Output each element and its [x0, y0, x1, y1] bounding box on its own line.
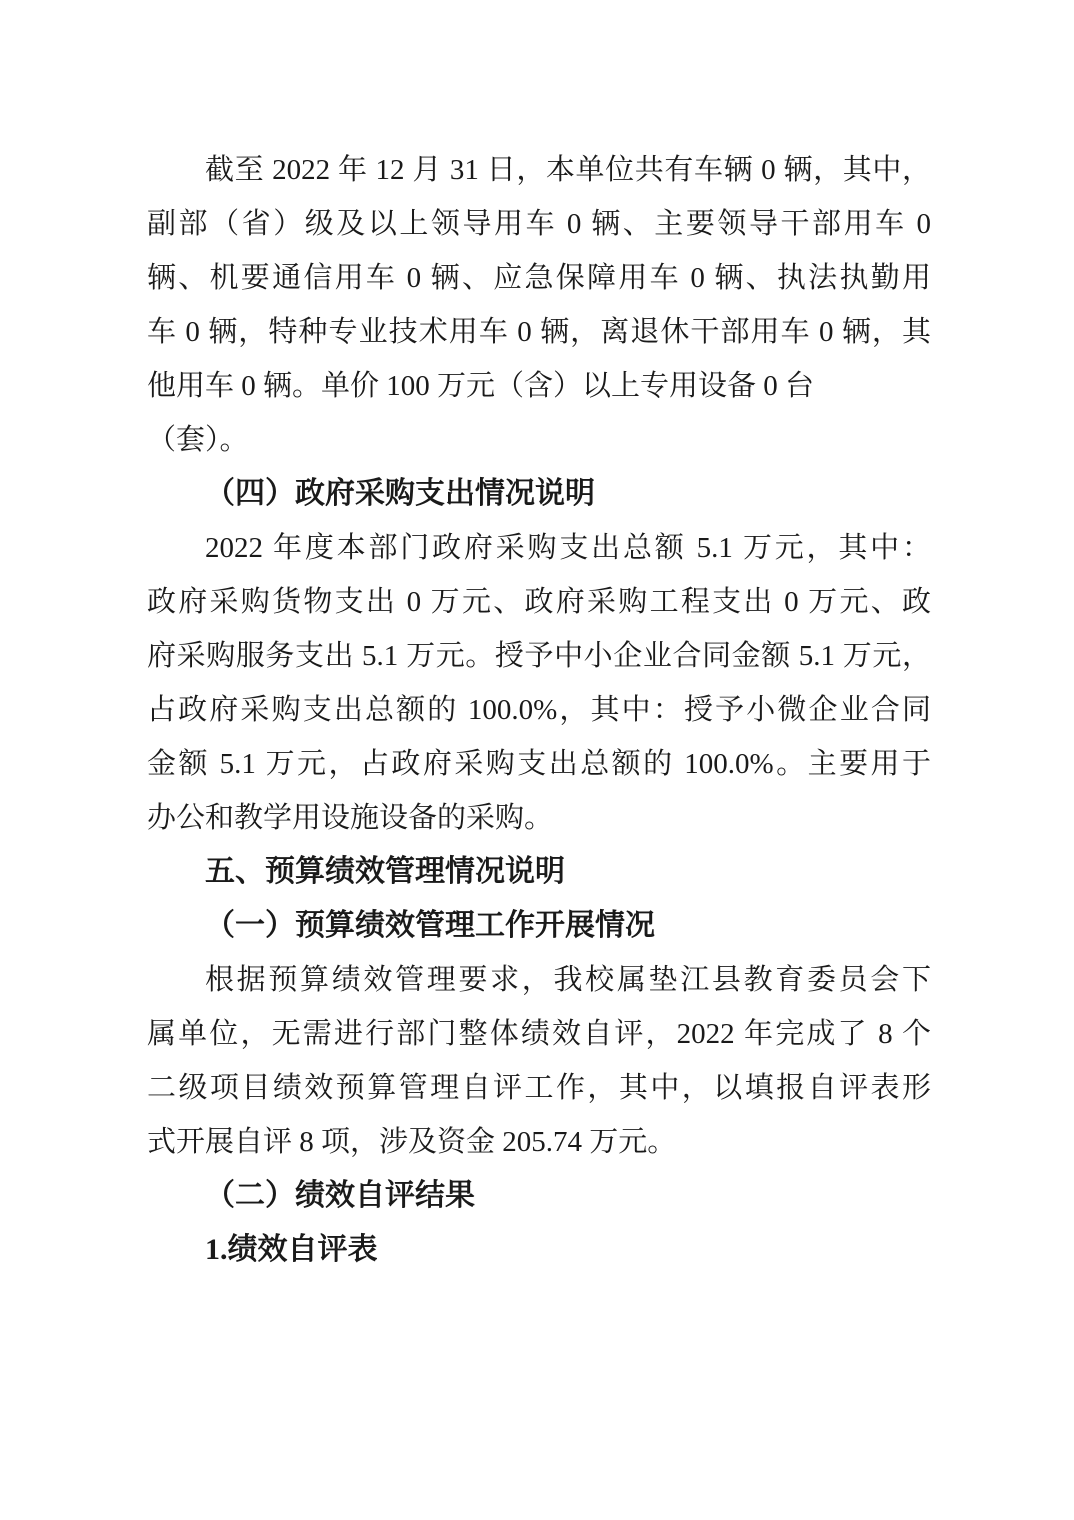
document-page: 截至 2022 年 12 月 31 日，本单位共有车辆 0 辆，其中， 副部（省… [0, 0, 1074, 1520]
para-procurement-line-3: 府采购服务支出 5.1 万元。授予中小企业合同金额 5.1 万元， [147, 629, 931, 683]
heading-budget-performance: 五、预算绩效管理情况说明 [147, 845, 931, 899]
para-vehicles: 截至 2022 年 12 月 31 日，本单位共有车辆 0 辆，其中， 副部（省… [147, 143, 931, 467]
para-procurement-line-5: 金额 5.1 万元，占政府采购支出总额的 100.0%。主要用于 [147, 737, 931, 791]
section-gov-procurement: （四）政府采购支出情况说明 2022 年度本部门政府采购支出总额 5.1 万元，… [147, 467, 931, 845]
para-procurement-line-6: 办公和教学用设施设备的采购。 [147, 791, 931, 845]
para-procurement-line-4: 占政府采购支出总额的 100.0%，其中：授予小微企业合同 [147, 683, 931, 737]
para-vehicles-line-5: 他用车 0 辆。单价 100 万元（含）以上专用设备 0 台 [147, 359, 931, 413]
document-content: 截至 2022 年 12 月 31 日，本单位共有车辆 0 辆，其中， 副部（省… [147, 143, 931, 1277]
section-budget-performance: 五、预算绩效管理情况说明 （一）预算绩效管理工作开展情况 根据预算绩效管理要求，… [147, 845, 931, 1277]
para-performance-line-4: 式开展自评 8 项，涉及资金 205.74 万元。 [147, 1115, 931, 1169]
para-vehicles-line-3: 辆、机要通信用车 0 辆、应急保障用车 0 辆、执法执勤用 [147, 251, 931, 305]
para-vehicles-line-6: （套）。 [147, 413, 931, 467]
subheading-performance-work: （一）预算绩效管理工作开展情况 [147, 899, 931, 953]
para-vehicles-line-4: 车 0 辆，特种专业技术用车 0 辆，离退休干部用车 0 辆，其 [147, 305, 931, 359]
para-performance-line-1: 根据预算绩效管理要求，我校属垫江县教育委员会下 [147, 953, 931, 1007]
para-performance-line-2: 属单位，无需进行部门整体绩效自评，2022 年完成了 8 个 [147, 1007, 931, 1061]
para-vehicles-line-2: 副部（省）级及以上领导用车 0 辆、主要领导干部用车 0 [147, 197, 931, 251]
para-procurement-line-2: 政府采购货物支出 0 万元、政府采购工程支出 0 万元、政 [147, 575, 931, 629]
subheading-self-eval-results: （二）绩效自评结果 [147, 1169, 931, 1223]
subheading-self-eval-table: 1.绩效自评表 [147, 1223, 931, 1277]
heading-gov-procurement: （四）政府采购支出情况说明 [147, 467, 931, 521]
para-procurement-line-1: 2022 年度本部门政府采购支出总额 5.1 万元，其中： [147, 521, 931, 575]
para-vehicles-line-1: 截至 2022 年 12 月 31 日，本单位共有车辆 0 辆，其中， [147, 143, 931, 197]
para-performance-line-3: 二级项目绩效预算管理自评工作，其中，以填报自评表形 [147, 1061, 931, 1115]
